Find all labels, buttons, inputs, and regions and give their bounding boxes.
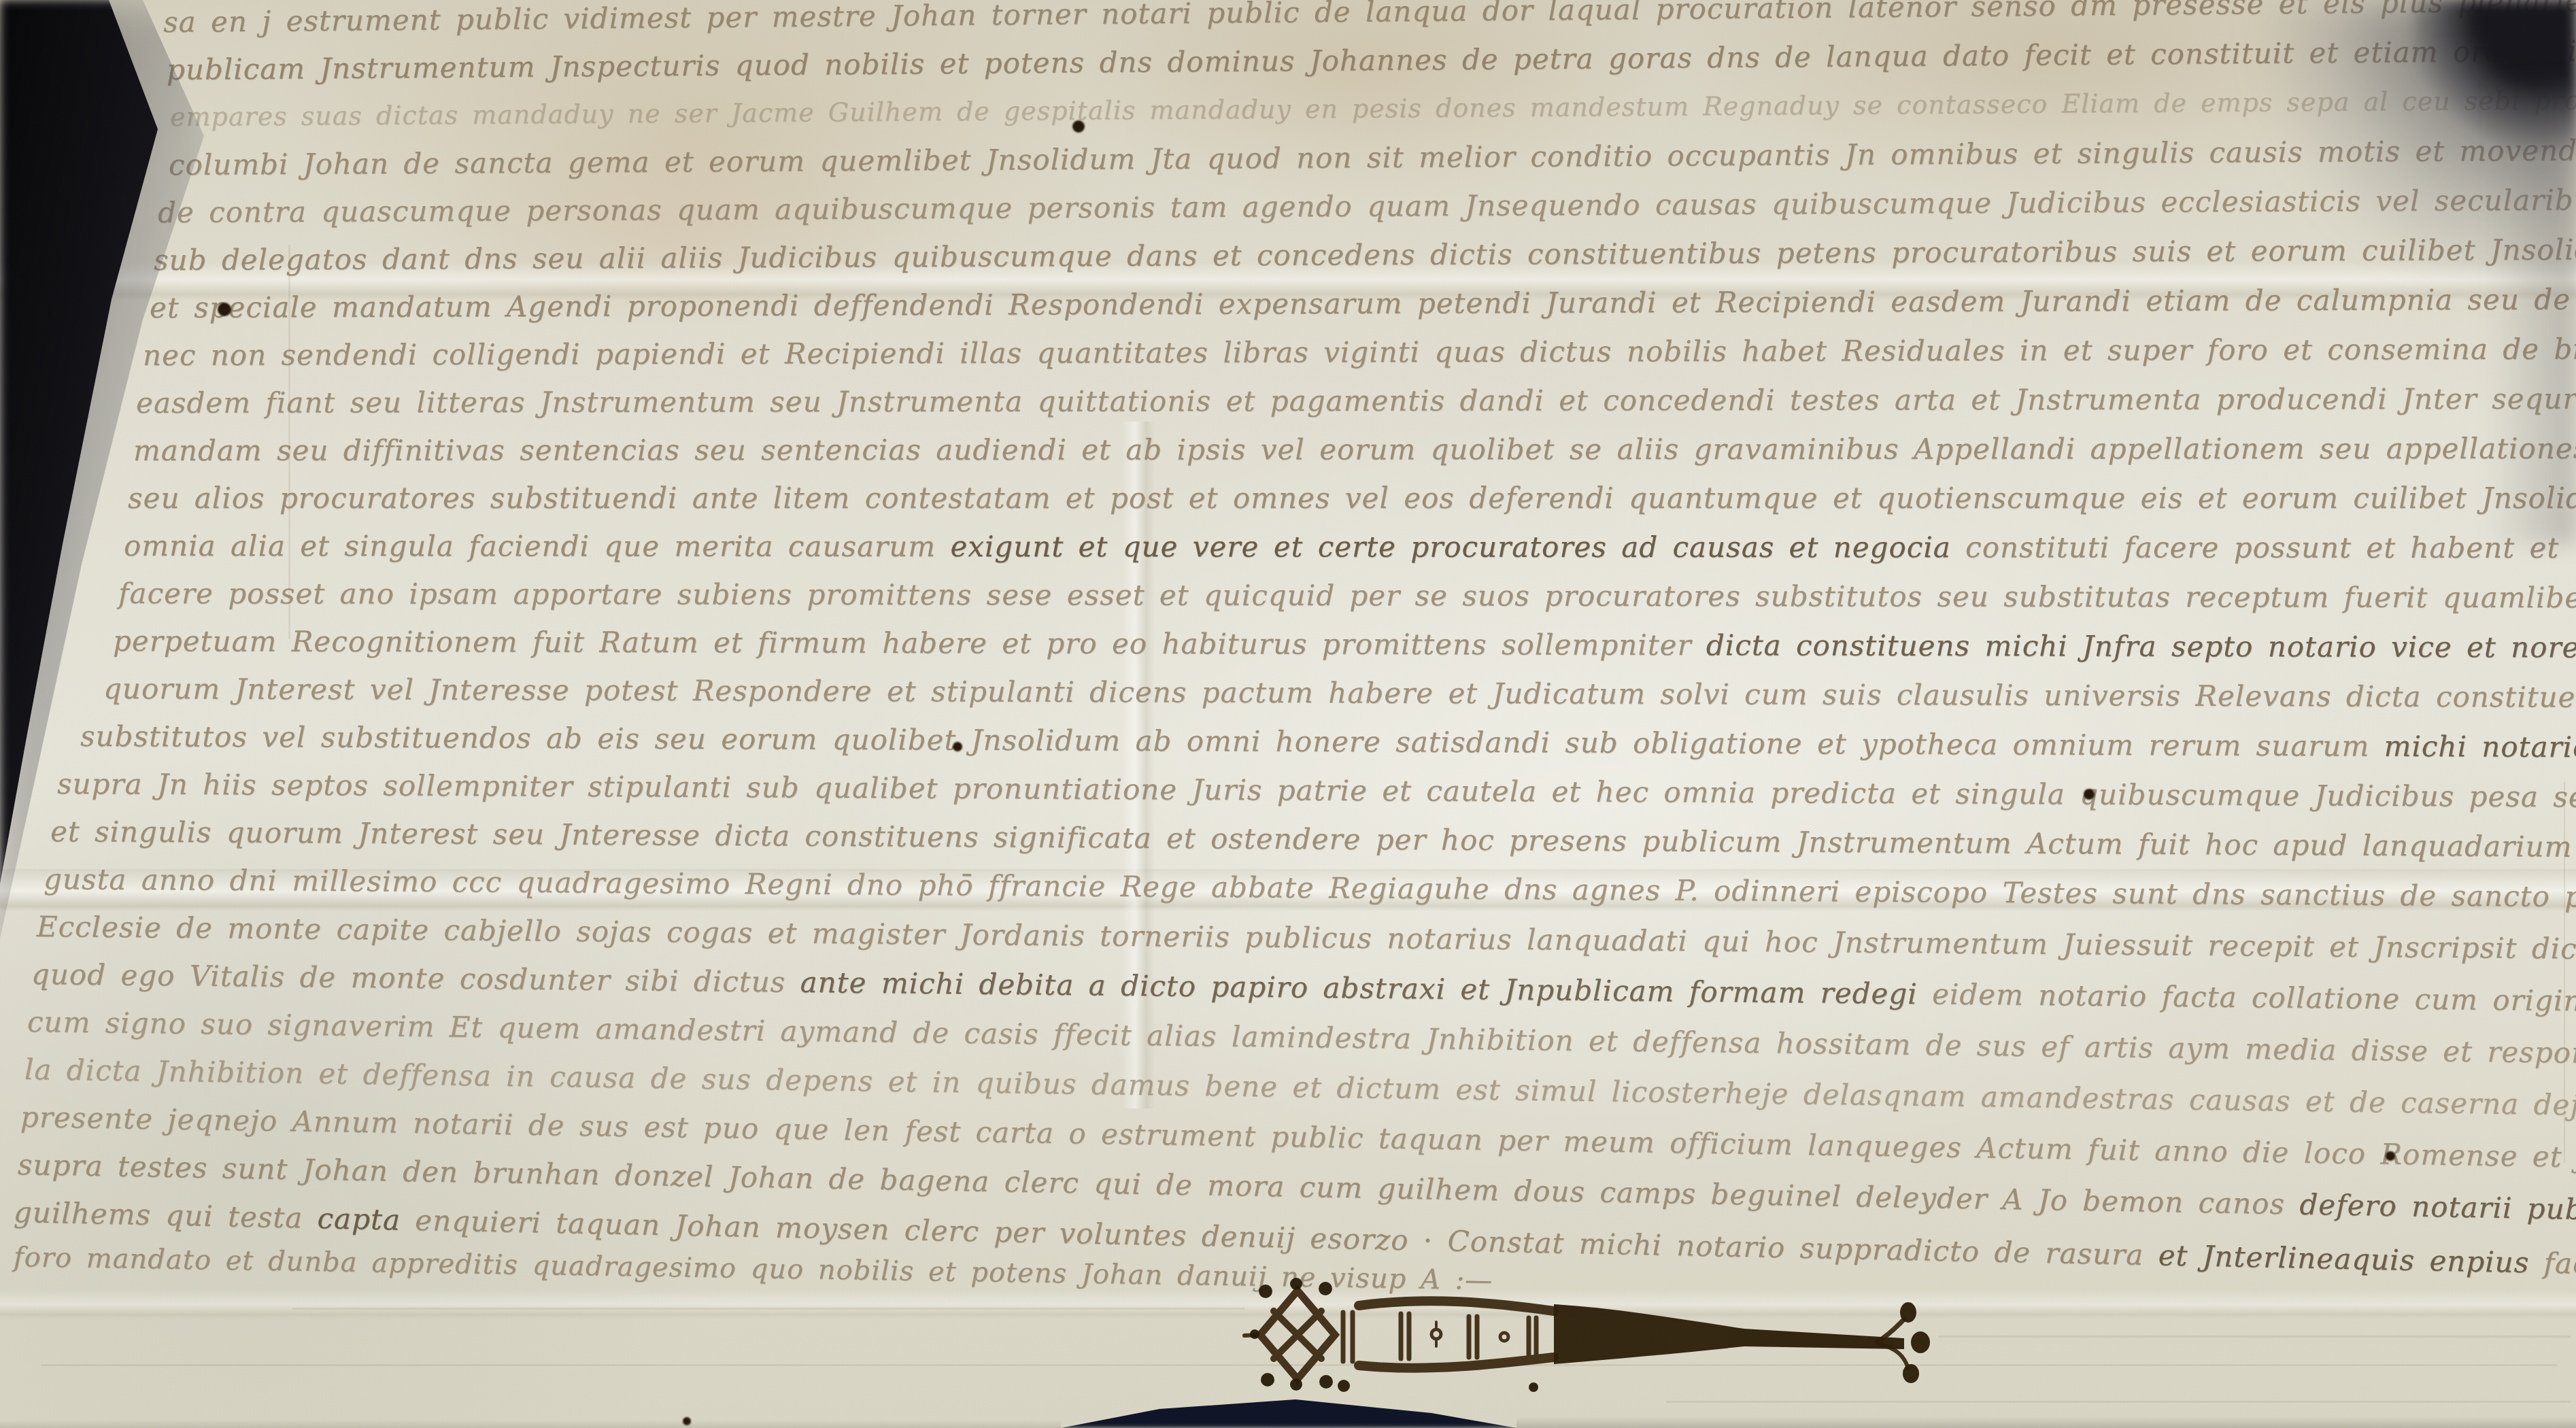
- fold-crease-vertical: [1122, 422, 1155, 1108]
- notarial-signum: [1238, 1268, 1938, 1411]
- bottom-edge-shade-left: [0, 1420, 1061, 1428]
- bottom-edge-shade-right: [1516, 1417, 2576, 1428]
- margin-rule-line: [288, 245, 290, 639]
- manuscript-photo: sa en j estrument public vidimest per me…: [0, 0, 2576, 1428]
- parchment-background: [0, 0, 2576, 1428]
- right-edge-shadow: [2488, 82, 2576, 544]
- fold-crease-horizontal-upper: [0, 262, 2576, 301]
- fold-crease-horizontal-middle: [0, 869, 2576, 911]
- margin-rule-line-right: [2564, 782, 2565, 1163]
